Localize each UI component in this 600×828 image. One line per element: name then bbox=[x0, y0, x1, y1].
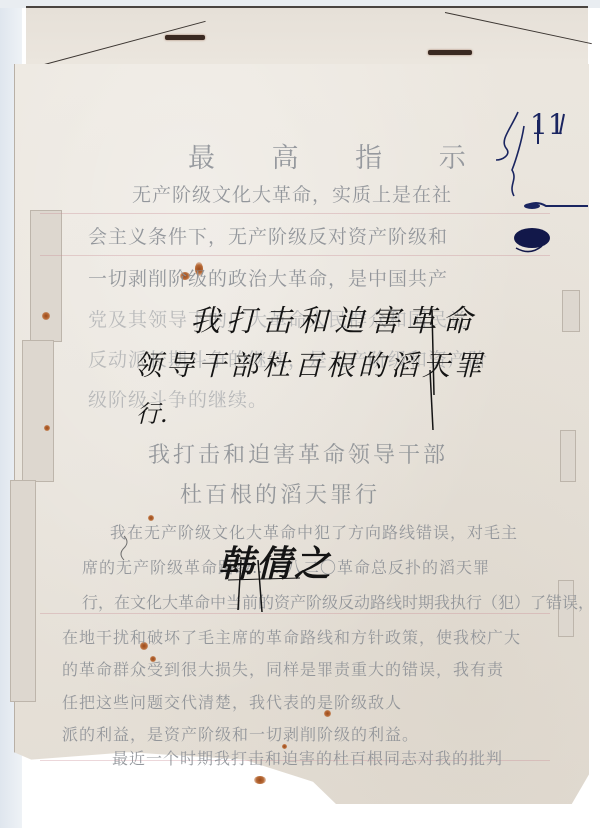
margin-numeral: 11 bbox=[530, 108, 566, 141]
scanned-document: 最 高 指 示 无产阶级文化大革命，实质上是在社 会主义条件下，无产阶级反对资产… bbox=[0, 0, 600, 828]
